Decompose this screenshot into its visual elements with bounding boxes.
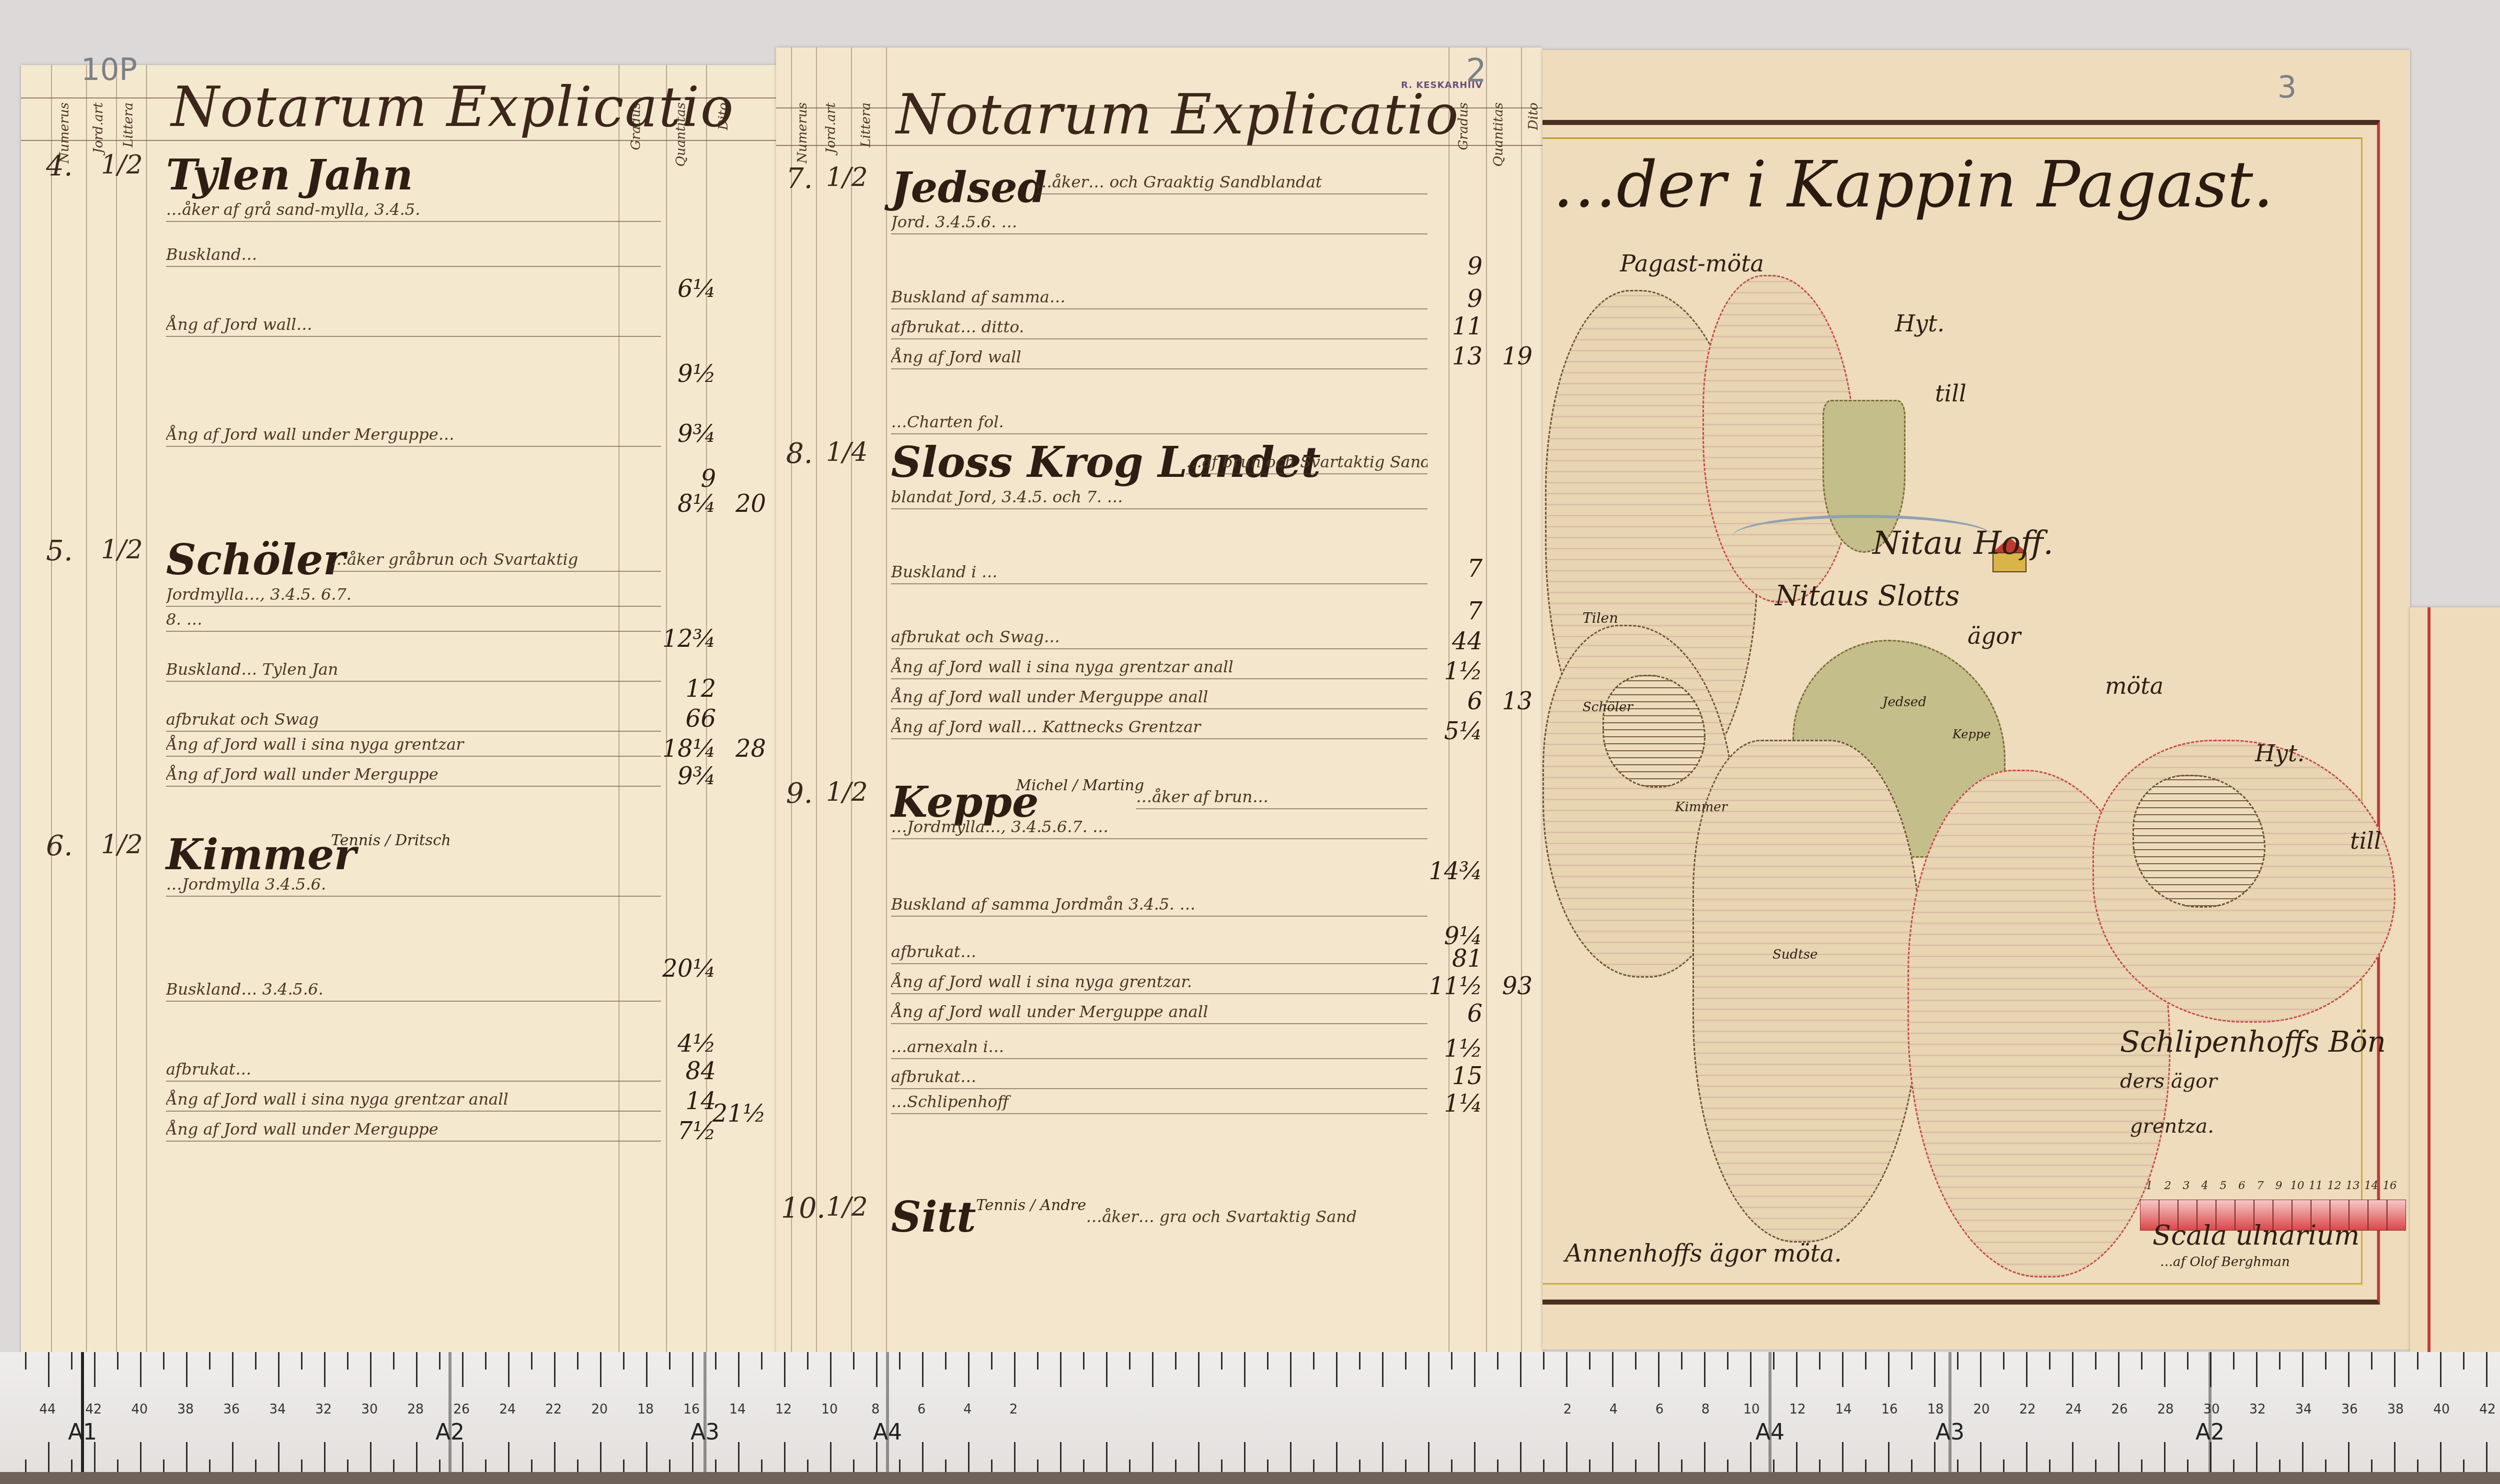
ruler-tick-label: 4 [1609, 1402, 1618, 1417]
entry-line: Ång af Jord wall under Merguppe anall [891, 687, 1427, 709]
entry-line: Buskland… 3.4.5.6. [166, 980, 661, 1002]
ruler-tick [2187, 1460, 2188, 1472]
ruler-tick [1060, 1352, 1061, 1387]
ruler-tick [2440, 1442, 2441, 1472]
entry-subtotal: 21½ [712, 1100, 766, 1128]
ruler-tick [715, 1352, 716, 1370]
ruler-tick [2003, 1460, 2004, 1472]
entry-fraction: 1/4 [826, 437, 868, 467]
ruler-tick [2141, 1460, 2142, 1472]
paper-size-guide [2208, 1352, 2211, 1472]
ruler-tick-label: 24 [499, 1402, 515, 1417]
ruler-tick-label: 44 [39, 1402, 55, 1417]
ruler-tick [1037, 1460, 1038, 1472]
ruler-tick-label: 10 [1743, 1402, 1759, 1417]
ruler-tick [1474, 1352, 1475, 1387]
entry-number: 5. [46, 535, 72, 567]
scale-bar-numbers: 12345679101112131416 [2140, 1180, 2399, 1192]
ruler-tick [301, 1352, 302, 1370]
ruler-tick [945, 1352, 946, 1370]
ruler-tick [2049, 1460, 2050, 1472]
map-label: till [2350, 827, 2381, 854]
ruler-tick-label: 38 [177, 1402, 193, 1417]
entry-value: 6 [1467, 687, 1482, 715]
entry-value: 13 [1452, 342, 1482, 370]
ruler-tick [646, 1352, 647, 1387]
ruler-tick [784, 1442, 785, 1472]
ruler-tick-label: 18 [637, 1402, 653, 1417]
ruler-tick [1290, 1352, 1291, 1387]
ruler-tick [853, 1460, 854, 1472]
ruler-tick [2164, 1352, 2165, 1387]
ruler-tick [255, 1352, 256, 1370]
ruler-tick [1980, 1352, 1981, 1387]
ruler-tick [301, 1460, 302, 1472]
entry-line: Ång af Jord wall under Merguppe anall [891, 1002, 1427, 1024]
entry-line: Ång af Jord wall… [166, 315, 661, 337]
ruler-tick [1014, 1352, 1015, 1387]
ruler-tick [577, 1352, 578, 1370]
entry-value: 1¼ [1444, 1090, 1482, 1118]
ruler-tick [1313, 1460, 1314, 1472]
map-label: Scala ulnarium [2152, 1220, 2359, 1251]
entry-name: Kimmer [166, 830, 356, 879]
entry-value: 7 [1467, 597, 1482, 625]
ruler-tick [1957, 1352, 1958, 1370]
ruler-tick [1405, 1460, 1406, 1472]
ruler-tick [1244, 1352, 1245, 1387]
entry-line: afbrukat och Swag… [891, 627, 1427, 649]
paper-size-guide [886, 1352, 889, 1472]
ledger-page-left: 10P Numerus Jord.art Littera Gradus Quan… [21, 65, 776, 1355]
entry-line: …Charten fol. [891, 412, 1427, 434]
ruler-tick [1589, 1460, 1590, 1472]
pencil-folio-number: 2 [1466, 52, 1486, 89]
ruler-tick [324, 1352, 325, 1387]
ruler-tick [347, 1460, 348, 1472]
entry-line: afbrukat… [166, 1060, 661, 1082]
entry-fraction: 1/2 [101, 830, 143, 860]
ruler-tick [1313, 1352, 1314, 1370]
ruler-tick [2371, 1352, 2372, 1370]
ruler-tick [439, 1352, 440, 1370]
ruler-tick [1382, 1442, 1383, 1472]
ruler-tick [232, 1352, 233, 1387]
entry-line: Ång af Jord wall under Merguppe [166, 765, 661, 787]
entry-fraction: 1/2 [101, 535, 143, 565]
ruler-tick [485, 1460, 486, 1472]
entry-value: 9¾ [677, 420, 716, 448]
column-header-dito: Dito [1526, 102, 1541, 130]
ruler-tick [1681, 1352, 1682, 1370]
ruler-tick [2233, 1460, 2234, 1472]
map-label: ägor [1967, 622, 2021, 649]
ruler-tick [370, 1352, 371, 1387]
ruler-tick [232, 1442, 233, 1472]
ruler-tick [2072, 1352, 2073, 1387]
ruler-tick [416, 1352, 417, 1387]
ruler-tick [1819, 1460, 1820, 1472]
ruler-tick [1658, 1442, 1659, 1472]
entry-line: Buskland af samma… [891, 287, 1427, 309]
ruler-tick [1612, 1352, 1613, 1387]
ruler-tick [2463, 1460, 2464, 1472]
map-label: …af Olof Berghman [2160, 1255, 2290, 1270]
ruler-tick [347, 1352, 348, 1370]
ledger-page-middle: R. KESKARHIIV 2 Numerus Jord.art Littera… [776, 47, 1542, 1357]
entry-value: 1½ [1444, 657, 1482, 685]
map-label: Hyt. [1895, 310, 1944, 337]
ruler-tick [1359, 1352, 1360, 1370]
entry-value: 1½ [1444, 1035, 1482, 1063]
entry-line: …arnexaln i… [891, 1037, 1427, 1059]
ruler-tick [1842, 1352, 1843, 1387]
ruler-tick [646, 1442, 647, 1472]
ruler-tick [1129, 1460, 1130, 1472]
ruler-tick [1244, 1442, 1245, 1472]
entry-value: 14 [685, 1087, 716, 1115]
ruler-tick [1635, 1460, 1636, 1472]
ruler-tick [2049, 1352, 2050, 1370]
ruler-tick [623, 1460, 624, 1472]
ruler-tick [1520, 1442, 1521, 1472]
ruler-tick [1451, 1352, 1452, 1370]
ruler-tick [1727, 1460, 1728, 1472]
entry-value: 9½ [677, 360, 716, 388]
ruler-tick [1198, 1442, 1199, 1472]
entry-number: 4. [46, 150, 72, 182]
ruler-tick [1589, 1352, 1590, 1370]
ruler-tick-label: 12 [1789, 1402, 1805, 1417]
ruler-tick [278, 1352, 279, 1387]
ruler-tick [186, 1442, 187, 1472]
ruler-tick [485, 1352, 486, 1370]
ruler-tick [1152, 1352, 1153, 1387]
ruler-tick [945, 1460, 946, 1472]
ruler-tick [1014, 1442, 1015, 1472]
paper-size-guide [703, 1352, 706, 1472]
ruler-tick [1267, 1352, 1268, 1370]
ruler-tick [2095, 1352, 2096, 1370]
ruler-tick [2302, 1352, 2303, 1387]
entry-line: Buskland i … [891, 562, 1427, 584]
entry-value: 11½ [1428, 972, 1482, 1000]
ruler-tick [1336, 1442, 1337, 1472]
ruler-tick [1290, 1442, 1291, 1472]
entry-value: 9 [1467, 285, 1482, 313]
entry-line: Ång af Jord wall [891, 347, 1427, 369]
entry-name: Schöler [166, 535, 345, 584]
entry-subtotal: 93 [1502, 972, 1532, 1000]
ruler-tick-label: 6 [1655, 1402, 1664, 1417]
entry-line: …åker… och Graaktig Sandblandat [1036, 172, 1427, 194]
ruler-tick [876, 1442, 877, 1472]
ruler-tick [554, 1442, 555, 1472]
ruler-tick [761, 1352, 762, 1370]
ruler-tick [1152, 1442, 1153, 1472]
ruler-tick [393, 1352, 394, 1370]
ruler-tick-label: 20 [591, 1402, 607, 1417]
ruler-tick [2463, 1352, 2464, 1370]
ruler-tick [738, 1442, 739, 1472]
ruler-tick [807, 1352, 808, 1370]
map-label: Jedsed [1882, 695, 1926, 710]
ruler-tick [899, 1460, 900, 1472]
ruler-tick [830, 1352, 831, 1387]
ruler-tick [140, 1352, 141, 1387]
entry-line: Buskland af samma Jordmån 3.4.5. … [891, 895, 1427, 917]
entry-line: Ång af Jord wall under Merguppe… [166, 425, 661, 447]
ruler-tick-label: 20 [1973, 1402, 1989, 1417]
entry-value: 84 [685, 1057, 716, 1085]
ruler-tick [1888, 1442, 1889, 1472]
ruler-tick-label: 28 [407, 1402, 423, 1417]
entry-value: 66 [685, 705, 716, 733]
ruler-tick [600, 1442, 601, 1472]
ruler-tick [554, 1352, 555, 1387]
ruler-tick [577, 1460, 578, 1472]
entry-value: 44 [1452, 627, 1482, 655]
ruler-tick [1336, 1352, 1337, 1387]
ruler-tick [922, 1352, 923, 1387]
ruler-tick [669, 1352, 670, 1370]
ruler-tick [2026, 1352, 2027, 1387]
ruler-tick-label: 32 [2249, 1402, 2265, 1417]
ruler-tick-label: 36 [223, 1402, 239, 1417]
ruler-tick [2164, 1442, 2165, 1472]
ruler-tick [416, 1442, 417, 1472]
entry-line: …åker… gra och Svartaktig Sand [1086, 1207, 1427, 1228]
entry-owner: Tennis / Dritsch [331, 832, 451, 849]
entry-subtotal: 20 [735, 490, 766, 518]
ruler-tick [807, 1460, 808, 1472]
ruler-tick-label: 14 [1835, 1402, 1851, 1417]
ruler-tick-label: 2 [1563, 1402, 1572, 1417]
ruler-tick [439, 1460, 440, 1472]
ruler-tick [1704, 1442, 1705, 1472]
ruler-tick [1520, 1352, 1521, 1387]
ruler-tick-label: 14 [729, 1402, 745, 1417]
entry-value: 18¼ [662, 735, 716, 763]
ruler-tick [1796, 1352, 1797, 1387]
ruler-tick [991, 1460, 992, 1472]
entry-line: …Schlipenhoff [891, 1092, 1427, 1114]
map-label: ders ägor [2120, 1070, 2217, 1093]
ruler-tick [94, 1442, 95, 1472]
ruler-tick [922, 1442, 923, 1472]
entry-fraction: 1/2 [101, 150, 143, 180]
column-header-littera: Littera [121, 102, 136, 147]
ruler-tick [1451, 1460, 1452, 1472]
entry-fraction: 1/2 [826, 1192, 868, 1222]
ruler-tick [2325, 1460, 2326, 1472]
ruler-tick [2003, 1352, 2004, 1370]
entry-value: 81 [1452, 945, 1482, 973]
ruler-tick [71, 1352, 72, 1370]
ruler-tick [1750, 1352, 1751, 1387]
ruler-tick [1497, 1352, 1498, 1370]
entry-line: Buskland… [166, 245, 661, 267]
ruler-tick [2118, 1352, 2119, 1387]
ruler-tick [2486, 1442, 2487, 1472]
ruler-tick [1911, 1460, 1912, 1472]
ruler-tick [48, 1442, 49, 1472]
ruler-tick [508, 1442, 509, 1472]
ruler-tick-label: 42 [2479, 1402, 2495, 1417]
ruler-tick [163, 1352, 164, 1370]
ruler-tick [1566, 1442, 1567, 1472]
entry-value: 15 [1452, 1062, 1482, 1090]
entry-line: Ång af Jord wall i sina nyga grentzar [166, 735, 661, 757]
entry-value: 7 [1467, 555, 1482, 583]
ruler-tick-label: 22 [2019, 1402, 2035, 1417]
entry-line: Ång af Jord wall i sina nyga grentzar an… [891, 657, 1427, 679]
column-header-numerus: Numerus [795, 102, 810, 163]
measurement-ruler: 4442403836343230282624222018161412108642… [0, 1352, 2500, 1484]
entry-line: Ång af Jord wall under Merguppe [166, 1120, 661, 1142]
ruler-tick [531, 1352, 532, 1370]
ruler-tick-label: 26 [2111, 1402, 2127, 1417]
ruler-tick-label: 36 [2341, 1402, 2357, 1417]
entry-value: 9 [700, 465, 716, 493]
ruler-tick [508, 1352, 509, 1387]
ruler-tick [462, 1352, 463, 1387]
ruler-tick [2279, 1352, 2280, 1370]
ruler-tick [462, 1442, 463, 1472]
entry-line: 8. … [166, 610, 661, 632]
entry-line: afbrukat… [891, 1067, 1427, 1089]
column-header-jordart: Jord.art [823, 102, 838, 153]
ruler-tick [1727, 1352, 1728, 1370]
ruler-tick-label: 8 [1701, 1402, 1710, 1417]
column-header-jordart: Jord.art [91, 102, 106, 153]
entry-value: 9¾ [677, 762, 716, 790]
ruler-tick [1865, 1352, 1866, 1370]
ruler-tick [25, 1352, 26, 1370]
ruler-tick [2256, 1442, 2257, 1472]
land-parcel [1692, 740, 1920, 1243]
ruler-tick [899, 1352, 900, 1370]
pencil-folio-number: 10P [81, 52, 137, 87]
entry-fraction: 1/2 [826, 162, 868, 192]
ruler-tick-label: 34 [269, 1402, 285, 1417]
ruler-tick [71, 1460, 72, 1472]
ruler-tick [2072, 1442, 2073, 1472]
ruler-tick [1497, 1460, 1498, 1472]
map-label: Nitaus Slotts [1775, 580, 1959, 612]
ruler-tick [968, 1442, 969, 1472]
paper-size-guide [81, 1352, 84, 1472]
map-label: grentza. [2130, 1115, 2214, 1138]
ruler-tick [1474, 1442, 1475, 1472]
ruler-tick-label: 38 [2387, 1402, 2403, 1417]
ruler-tick [1957, 1460, 1958, 1472]
ruler-tick [1428, 1442, 1429, 1472]
entry-number: 8. [786, 437, 812, 470]
entry-line: …Jordmylla 3.4.5.6. [166, 875, 661, 897]
ruler-tick [1106, 1442, 1107, 1472]
map-label: möta [2105, 672, 2163, 699]
ruler-tick [1888, 1352, 1889, 1387]
ruler-tick [1221, 1460, 1222, 1472]
ruler-tick [715, 1460, 716, 1472]
ruler-tick [2118, 1442, 2119, 1472]
map-title: …der i Kappin Pagast. [1552, 147, 2273, 222]
entry-line: afbrukat… [891, 942, 1427, 964]
ruler-tick-label: 8 [871, 1402, 880, 1417]
ledger-title: Notarum Explicatio [896, 82, 1459, 146]
entry-number: 7. [786, 162, 812, 195]
entry-name: Jedsed [891, 162, 1046, 212]
ruler-tick [209, 1460, 210, 1472]
ruler-tick [853, 1352, 854, 1370]
entry-value: 14¾ [1428, 857, 1482, 885]
ruler-tick [1865, 1460, 1866, 1472]
ruler-tick [1750, 1442, 1751, 1472]
ruler-tick [393, 1460, 394, 1472]
map-sheet: 3 …der i Kappin Pagast. 1234567910111213… [1542, 50, 2410, 1350]
entry-name: Tylen Jahn [166, 150, 413, 199]
entry-value: 8¼ [677, 490, 716, 518]
entry-value: 6¼ [677, 275, 716, 303]
ruler-tick [370, 1442, 371, 1472]
entry-value: 11 [1452, 312, 1482, 340]
ruler-tick [2279, 1460, 2280, 1472]
ruler-tick [1612, 1442, 1613, 1472]
ruler-tick [991, 1352, 992, 1370]
ruler-tick [2371, 1460, 2372, 1472]
ruler-tick [1060, 1442, 1061, 1472]
entry-number: 6. [46, 830, 72, 862]
map-label: Annenhoffs ägor möta. [1565, 1240, 1842, 1268]
entry-line: Ång af Jord wall i sina nyga grentzar an… [166, 1090, 661, 1112]
entry-subtotal: 28 [735, 735, 766, 763]
ruler-tick [876, 1352, 877, 1387]
paper-size-guide [448, 1352, 451, 1472]
ruler-tick [1773, 1352, 1774, 1370]
entry-name: Sitt [891, 1192, 976, 1242]
entry-line: blandat Jord, 3.4.5. och 7. … [891, 487, 1427, 509]
ruler-tick [1543, 1352, 1544, 1370]
ruler-tick [94, 1352, 95, 1387]
map-label: Sudtse [1772, 947, 1817, 962]
ruler-tick [1635, 1352, 1636, 1370]
ruler-tick [1175, 1460, 1176, 1472]
paper-size-guide [1948, 1352, 1951, 1472]
map-label: Hyt. [2255, 740, 2304, 767]
ruler-tick [1198, 1352, 1199, 1387]
paper-size-guide [1768, 1352, 1771, 1472]
map-sheet-extension [2410, 607, 2500, 1352]
ruler-tick [669, 1460, 670, 1472]
ruler-tick [2187, 1352, 2188, 1370]
ruler-tick [117, 1460, 118, 1472]
ruler-tick [1129, 1352, 1130, 1370]
ruler-tick [692, 1352, 693, 1387]
entry-owner: Michel / Marting [1016, 777, 1144, 794]
ruler-tick [1083, 1460, 1084, 1472]
ruler-tick [1934, 1442, 1935, 1472]
ruler-tick [738, 1352, 739, 1387]
ruler-tick [1934, 1352, 1935, 1387]
ruler-tick-label: 40 [131, 1402, 147, 1417]
entry-line: afbrukat… ditto. [891, 317, 1427, 339]
map-label: Pagast-möta [1620, 250, 1764, 277]
ruler-tick-label: 22 [545, 1402, 561, 1417]
ruler-tick [117, 1352, 118, 1370]
ruler-tick [623, 1352, 624, 1370]
entry-value: 4½ [677, 1030, 716, 1058]
